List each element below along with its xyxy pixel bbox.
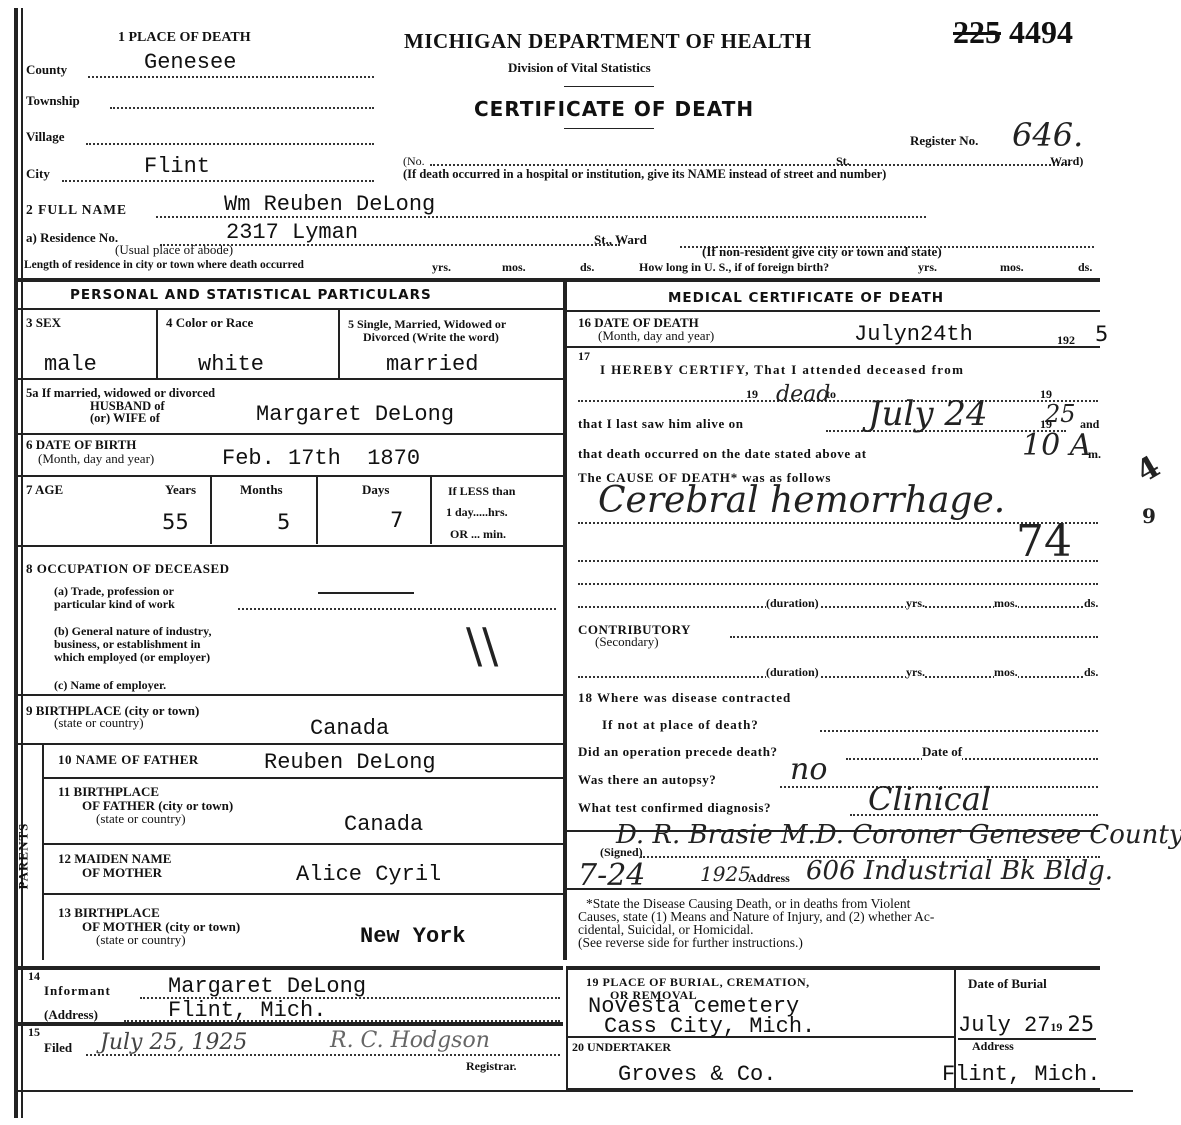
- race-marital-divider: [338, 308, 340, 378]
- informant-value: Margaret DeLong: [168, 974, 366, 999]
- undertaker-label: 20 UNDERTAKER: [572, 1041, 671, 1053]
- occ-a-dash: [318, 592, 414, 594]
- occ-b-3: which employed (or employer): [54, 651, 210, 663]
- length-yrs: yrs.: [432, 261, 451, 273]
- row-rule-birthplace: [18, 743, 563, 745]
- title-rule-bottom: [564, 128, 654, 129]
- parents-side-label: PARENTS: [15, 823, 31, 890]
- informant-address-value: Flint, Mich.: [168, 998, 326, 1023]
- row-rule-mother: [44, 893, 563, 895]
- attended-hand: dead: [776, 382, 830, 407]
- less-label-1: If LESS than: [448, 485, 515, 497]
- mother-label-2: OF MOTHER: [82, 865, 162, 881]
- cert-number: 17: [578, 350, 590, 362]
- dod-label-2: (Month, day and year): [598, 330, 714, 342]
- days-label: Days: [362, 482, 389, 498]
- title-rule-top: [564, 86, 654, 87]
- register-value: 646.: [1012, 116, 1083, 154]
- duration-label-1: (duration): [766, 597, 819, 609]
- occ-c: (c) Name of employer.: [54, 679, 166, 691]
- row-rule-signed: [566, 888, 1100, 890]
- length-mos: mos.: [502, 261, 526, 273]
- birthplace-label-2: (state or country): [54, 717, 144, 729]
- informant-number: 14: [28, 970, 40, 982]
- cause-line-3: [578, 583, 1098, 585]
- division-title: Division of Vital Statistics: [508, 60, 651, 76]
- village-label: Village: [26, 129, 65, 145]
- occ-a-1: (a) Trade, profession or: [54, 585, 174, 597]
- filed-label: Filed: [44, 1040, 72, 1056]
- sign-year: 1925: [700, 862, 751, 886]
- burial-place-rule: [566, 1036, 954, 1038]
- registrar-label: Registrar.: [466, 1060, 517, 1072]
- years-months-divider: [210, 476, 212, 544]
- death-time-m: m.: [1088, 448, 1101, 460]
- race-label: 4 Color or Race: [166, 315, 253, 331]
- row-rule-father-bp: [44, 843, 563, 845]
- street-ward-label: Ward): [1050, 155, 1083, 167]
- residence-label: a) Residence No.: [26, 230, 118, 246]
- non-resident-note: (If non-resident give city or town and s…: [702, 246, 942, 258]
- marital-label-1: 5 Single, Married, Widowed or: [348, 318, 506, 330]
- section-divider-top: [14, 278, 1100, 282]
- mother-bp-label-3: (state or country): [96, 934, 186, 946]
- full-name-label: 2 FULL NAME: [26, 202, 127, 218]
- contracted-label: 18 Where was disease contracted: [578, 690, 791, 706]
- foreign-mos: mos.: [1000, 261, 1024, 273]
- burial-left-border: [566, 966, 568, 1090]
- father-label: 10 NAME OF FATHER: [58, 752, 199, 768]
- row-rule-occupation: [18, 694, 563, 696]
- county-line: [88, 76, 374, 78]
- dod-year-suffix: 5: [1095, 322, 1108, 346]
- months-label: Months: [240, 482, 283, 498]
- occ-a-line: [238, 608, 556, 610]
- city-line: [62, 180, 374, 182]
- dod-value: Julyn24th: [854, 322, 973, 347]
- duration-mos-1: mos.: [994, 597, 1018, 609]
- full-name-value: Wm Reuben DeLong: [224, 192, 435, 217]
- burial-bottom-rule: [566, 1088, 1100, 1092]
- row-rule-spouse: [18, 433, 563, 435]
- days-less-divider: [430, 476, 432, 544]
- less-label-2: 1 day.....hrs.: [446, 506, 508, 518]
- village-line: [86, 143, 374, 145]
- mother-value: Alice Cyril: [296, 862, 441, 887]
- informant-label: Informant: [44, 983, 111, 999]
- township-label: Township: [26, 93, 80, 109]
- file-number-struck: 225: [953, 14, 1001, 50]
- duration-yrs-2: yrs.: [906, 666, 925, 678]
- row-rule-dob: [18, 475, 563, 477]
- duration-line-1: [578, 606, 1098, 608]
- medical-heading: MEDICAL CERTIFICATE OF DEATH: [668, 290, 944, 306]
- street-line: [430, 164, 1070, 166]
- burial-address-label: Address: [972, 1040, 1014, 1052]
- contributory-line: [730, 636, 1098, 638]
- street-st-label: St.: [836, 155, 850, 167]
- center-divider: [563, 280, 567, 960]
- hospital-note: (If death occurred in a hospital or inst…: [403, 168, 886, 180]
- marital-label-2: Divorced (Write the word): [363, 331, 499, 343]
- not-at-place-line: [820, 730, 1098, 732]
- father-bp-label-3: (state or country): [96, 813, 186, 825]
- filed-number: 15: [28, 1026, 40, 1038]
- dod-year-prefix: 192: [1057, 334, 1075, 346]
- race-value: white: [198, 352, 264, 377]
- attended-to-19: 19: [1040, 388, 1052, 400]
- file-number-value: 4494: [1009, 14, 1073, 50]
- occ-a-2: particular kind of work: [54, 598, 175, 610]
- duration-ds-2: ds.: [1084, 666, 1098, 678]
- address-value: 606 Industrial Bk Bldg.: [806, 856, 1113, 886]
- city-label: City: [26, 166, 50, 182]
- date-of-label: Date of: [922, 744, 962, 760]
- birthplace-value: Canada: [310, 716, 389, 741]
- margin-mark-2: 9: [1142, 504, 1156, 528]
- personal-heading: PERSONAL AND STATISTICAL PARTICULARS: [70, 287, 432, 303]
- years-label: Years: [165, 482, 196, 498]
- row-rule-sex: [18, 378, 563, 380]
- not-at-place-label: If not at place of death?: [602, 717, 759, 733]
- file-number: 225 4494: [953, 14, 1073, 51]
- autopsy-label: Was there an autopsy?: [578, 772, 716, 788]
- row-rule-age: [18, 545, 563, 547]
- county-value: Genesee: [144, 50, 236, 75]
- last-saw-hand: July 24: [868, 394, 988, 434]
- city-value: Flint: [144, 154, 210, 179]
- father-value: Reuben DeLong: [264, 750, 436, 775]
- burial-date-19: 19: [1050, 1020, 1062, 1034]
- last-saw-year: 25: [1045, 400, 1076, 428]
- address-label: Address: [748, 872, 790, 884]
- burial-date-value: July 27: [958, 1013, 1050, 1038]
- death-time-label: that death occurred on the date stated a…: [578, 446, 867, 462]
- duration-mos-2: mos.: [994, 666, 1018, 678]
- occ-b-2: business, or establishment in: [54, 638, 200, 650]
- sex-value: male: [44, 352, 97, 377]
- age-days-value: 7: [390, 508, 403, 532]
- foreign-birth-label: How long in U. S., if of foreign birth?: [639, 261, 829, 273]
- occ-b-1: (b) General nature of industry,: [54, 625, 211, 637]
- footnote-4: (See reverse side for further instructio…: [578, 937, 803, 949]
- sex-label: 3 SEX: [26, 315, 61, 331]
- duration-label-2: (duration): [766, 666, 819, 678]
- burial-date-label: Date of Burial: [968, 976, 1047, 992]
- cause-value: Cerebral hemorrhage.: [598, 480, 1005, 521]
- marital-value: married: [386, 352, 478, 377]
- sex-race-divider: [156, 308, 158, 378]
- last-saw-label: that I last saw him alive on: [578, 416, 744, 432]
- dob-value: Feb. 17th 1870: [222, 446, 420, 471]
- autopsy-value: no: [790, 752, 827, 787]
- left-border: [14, 8, 18, 1118]
- occupation-heading: 8 OCCUPATION OF DECEASED: [26, 561, 230, 577]
- duration-line-2: [578, 676, 1098, 678]
- cause-line-2: [578, 560, 1098, 562]
- registrar-signature: R. C. Hodgson: [330, 1028, 490, 1053]
- signed-value: D. R. Brasie M.D. Coroner Genesee County: [616, 820, 1181, 850]
- register-label: Register No.: [910, 133, 978, 149]
- age-label: 7 AGE: [26, 482, 63, 498]
- months-days-divider: [316, 476, 318, 544]
- undertaker-address-value: Flint, Mich.: [942, 1062, 1100, 1087]
- attended-line: [578, 400, 1098, 402]
- undertaker-value: Groves & Co.: [618, 1062, 776, 1087]
- father-bp-value: Canada: [344, 812, 423, 837]
- age-months-value: 5: [277, 510, 290, 534]
- operation-label: Did an operation precede death?: [578, 744, 778, 760]
- length-ds: ds.: [580, 261, 594, 273]
- residence-value: 2317 Lyman: [226, 220, 358, 245]
- death-time-value: 10 A: [1022, 428, 1091, 463]
- township-line: [110, 107, 374, 109]
- row-rule-informant-top: [18, 966, 563, 970]
- row-rule-dod: [566, 346, 1100, 348]
- test-value: Clinical: [868, 780, 991, 818]
- spouse-value: Margaret DeLong: [256, 402, 454, 427]
- row-rule-filed-top: [18, 1022, 563, 1026]
- certificate-title: CERTIFICATE OF DEATH: [474, 97, 754, 121]
- burial-date-group: July 2719 25: [958, 1012, 1096, 1040]
- dob-label-2: (Month, day and year): [38, 453, 154, 465]
- row-rule-burial-top: [566, 966, 1100, 970]
- spouse-label-1: 5a If married, widowed or divorced: [26, 387, 215, 399]
- left-border-inner: [21, 8, 23, 1118]
- row-rule-father: [44, 777, 563, 779]
- attended-from-19: 19: [746, 388, 758, 400]
- length-of-residence-label: Length of residence in city or town wher…: [24, 259, 304, 271]
- test-label: What test confirmed diagnosis?: [578, 800, 771, 816]
- mother-bp-value: New York: [360, 924, 466, 949]
- less-label-3: OR ... min.: [450, 528, 506, 540]
- occ-ditto-mark: \\: [466, 618, 498, 674]
- street-no-label: (No.: [403, 155, 425, 167]
- duration-yrs-1: yrs.: [906, 597, 925, 609]
- duration-ds-1: ds.: [1084, 597, 1098, 609]
- foreign-yrs: yrs.: [918, 261, 937, 273]
- age-years-value: 55: [162, 510, 189, 534]
- medical-heading-rule: [566, 310, 1100, 312]
- filed-date-value: July 25, 1925: [100, 1030, 247, 1055]
- operation-line: [846, 758, 1098, 760]
- personal-heading-rule: [18, 308, 563, 310]
- spouse-label-3: (or) WIFE of: [90, 412, 160, 424]
- margin-mark-1: 4: [1131, 449, 1167, 490]
- place-of-death-heading: 1 PLACE OF DEATH: [118, 30, 251, 46]
- agency-title: MICHIGAN DEPARTMENT OF HEALTH: [404, 29, 812, 54]
- county-label: County: [26, 62, 67, 78]
- burial-date-year: 25: [1068, 1012, 1095, 1036]
- informant-address-label: (Address): [44, 1007, 98, 1023]
- burial-place-label-1: 19 PLACE OF BURIAL, CREMATION,: [586, 976, 810, 988]
- certify-text: I HEREBY CERTIFY, That I attended deceas…: [600, 362, 964, 378]
- residence-st-ward-label: St., Ward: [594, 232, 647, 248]
- foreign-ds: ds.: [1078, 261, 1092, 273]
- usual-abode-note: (Usual place of abode): [115, 244, 233, 256]
- secondary-label: (Secondary): [595, 636, 659, 648]
